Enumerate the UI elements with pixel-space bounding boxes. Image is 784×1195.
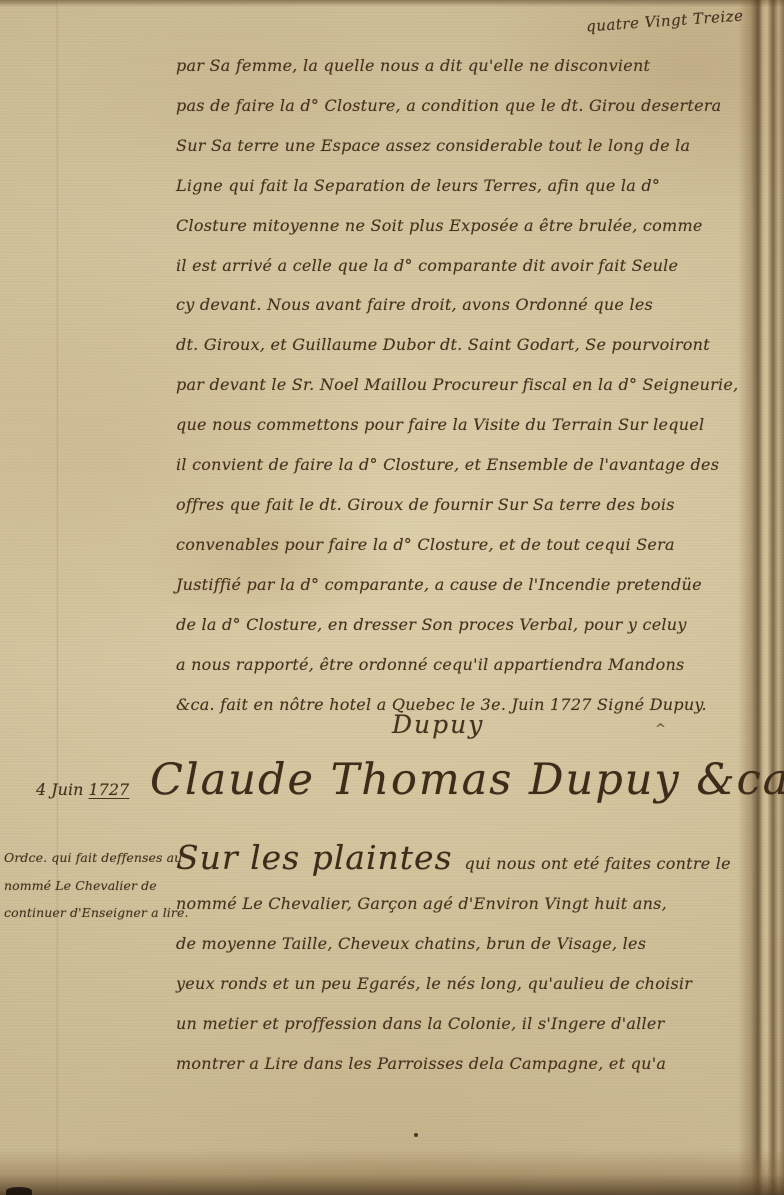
handwriting-line: que nous commettons pour faire la Visite… xyxy=(176,405,766,445)
margin-date: 4 Juin 1727 xyxy=(36,780,129,799)
handwriting-line: pas de faire la d° Closture, a condition… xyxy=(176,86,766,126)
handwriting-line: yeux ronds et un peu Egarés, le nés long… xyxy=(176,964,766,1004)
handwriting-line: Ligne qui fait la Separation de leurs Te… xyxy=(176,166,766,206)
handwriting-line: de moyenne Taille, Cheveux chatins, brun… xyxy=(176,924,766,964)
folio-number-words: quatre Vingt Treize xyxy=(586,7,744,36)
margin-date-day-month: 4 Juin xyxy=(36,780,89,799)
handwriting-line: nommé Le Chevalier, Garçon agé d'Environ… xyxy=(176,884,766,924)
handwriting-line: par devant le Sr. Noel Maillou Procureur… xyxy=(176,365,766,405)
manuscript-page: quatre Vingt Treize par Sa femme, la que… xyxy=(0,0,784,1195)
opening-words: Sur les plaintes xyxy=(176,838,453,877)
handwriting-line: de la d° Closture, en dresser Son proces… xyxy=(176,605,766,645)
margin-note-line: continuer d'Enseigner a lire. xyxy=(4,899,182,927)
handwriting-line: Closture mitoyenne ne Soit plus Exposée … xyxy=(176,206,766,246)
section-heading-claude-thomas-dupuy: Claude Thomas Dupuy &ca. xyxy=(150,755,784,805)
handwriting-line: cy devant. Nous avant faire droit, avons… xyxy=(176,285,766,325)
bottom-left-ink-mark xyxy=(6,1187,32,1195)
margin-note-ordinance-summary: Ordce. qui fait deffenses aunommé Le Che… xyxy=(4,844,182,927)
ink-speck xyxy=(414,1133,418,1137)
left-fold-line xyxy=(56,0,59,1195)
signature-dupuy: Dupuy xyxy=(392,710,484,739)
handwriting-line: il est arrivé a celle que la d° comparan… xyxy=(176,246,766,286)
handwriting-line: Sur Sa terre une Espace assez considerab… xyxy=(176,126,766,166)
margin-date-year: 1727 xyxy=(89,780,130,799)
handwriting-line: a nous rapporté, être ordonné cequ'il ap… xyxy=(176,645,766,685)
caret-mark: ^ xyxy=(655,722,666,737)
ordinance-paragraph-closture: par Sa femme, la quelle nous a dit qu'el… xyxy=(176,46,766,724)
handwriting-line: convenables pour faire la d° Closture, e… xyxy=(176,525,766,565)
opening-line-rest: qui nous ont eté faites contre le xyxy=(465,854,731,873)
handwriting-line: montrer a Lire dans les Parroisses dela … xyxy=(176,1044,766,1084)
handwriting-line: par Sa femme, la quelle nous a dit qu'el… xyxy=(176,46,766,86)
handwriting-line: offres que fait le dt. Giroux de fournir… xyxy=(176,485,766,525)
ordinance-paragraph-le-chevalier: Sur les plaintes qui nous ont eté faites… xyxy=(176,838,766,1084)
margin-note-line: nommé Le Chevalier de xyxy=(4,872,182,900)
handwriting-line: un metier et proffession dans la Colonie… xyxy=(176,1004,766,1044)
opening-line: Sur les plaintes qui nous ont eté faites… xyxy=(176,838,766,884)
handwriting-line: il convient de faire la d° Closture, et … xyxy=(176,445,766,485)
page-bottom-edge-shadow xyxy=(0,1149,784,1195)
margin-note-line: Ordce. qui fait deffenses au xyxy=(4,844,182,872)
page-top-edge-shadow xyxy=(0,0,784,7)
handwriting-line: dt. Giroux, et Guillaume Dubor dt. Saint… xyxy=(176,325,766,365)
handwriting-line: Justiffié par la d° comparante, a cause … xyxy=(176,565,766,605)
